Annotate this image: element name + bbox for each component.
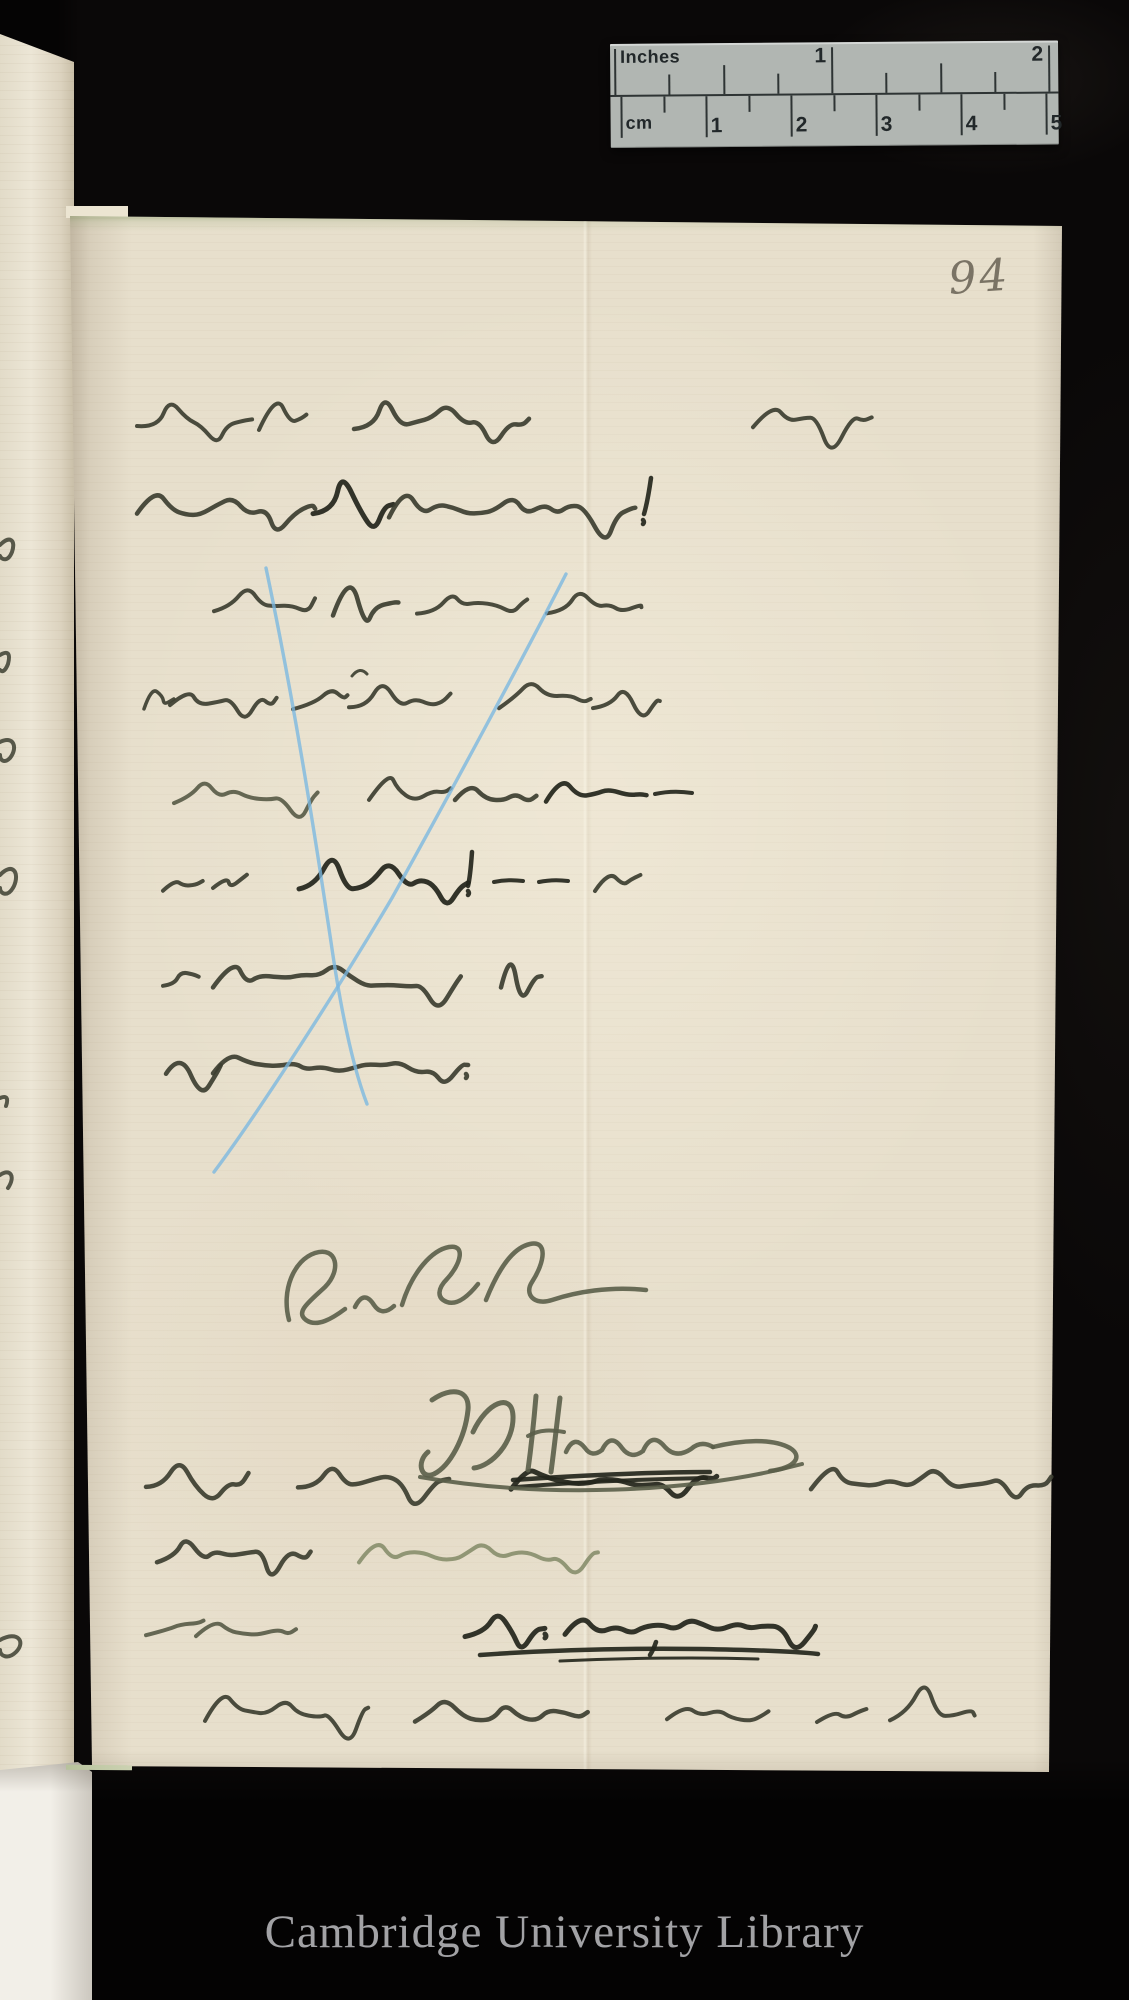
ruler-tick — [748, 96, 750, 112]
ruler-tick — [663, 97, 665, 113]
ruler-tick — [994, 72, 996, 92]
ruler-tick — [960, 94, 962, 135]
ruler-tick — [1045, 94, 1047, 135]
ruler-tick — [940, 63, 942, 92]
ruler-inch-number: 2 — [1021, 43, 1043, 67]
ruler-cm-number: 2 — [796, 113, 808, 137]
ruler-tick — [777, 74, 779, 94]
ruler-tick — [620, 97, 622, 138]
ruler-tick — [1003, 94, 1005, 110]
ruler-tick — [918, 95, 920, 111]
archive-caption: Cambridge University Library — [0, 1905, 1129, 1959]
ruler-tick — [885, 73, 887, 93]
ruler-tick — [668, 75, 670, 95]
ruler-cm-number: 4 — [966, 112, 978, 136]
ruler-tick — [831, 47, 833, 93]
ruler-cm-number: 5 — [1051, 111, 1063, 135]
ruler-tick — [1048, 46, 1050, 92]
underlying-page-corner — [0, 1762, 92, 2000]
ruler-cm-label: cm — [626, 113, 653, 134]
ruler-inches-label: Inches — [620, 46, 680, 67]
ruler-cm-number: 3 — [881, 113, 893, 137]
page-tinted-edge — [66, 1765, 132, 1770]
facing-page-edge — [0, 0, 74, 2000]
manuscript-page — [60, 210, 1065, 1776]
ruler-tick — [833, 95, 835, 111]
archive-photograph: 94 Inches cm 1212345 Cambridge Universit… — [0, 0, 1129, 2000]
ruler-tick — [790, 96, 792, 137]
ruler-cm-number: 1 — [711, 114, 723, 138]
ruler-tick — [614, 49, 616, 95]
photographic-ruler: Inches cm 1212345 — [610, 40, 1059, 148]
ruler-tick — [875, 95, 877, 136]
ruler-inch-number: 1 — [804, 44, 826, 68]
ruler-tick — [723, 65, 725, 94]
ruler-tick — [705, 96, 707, 137]
